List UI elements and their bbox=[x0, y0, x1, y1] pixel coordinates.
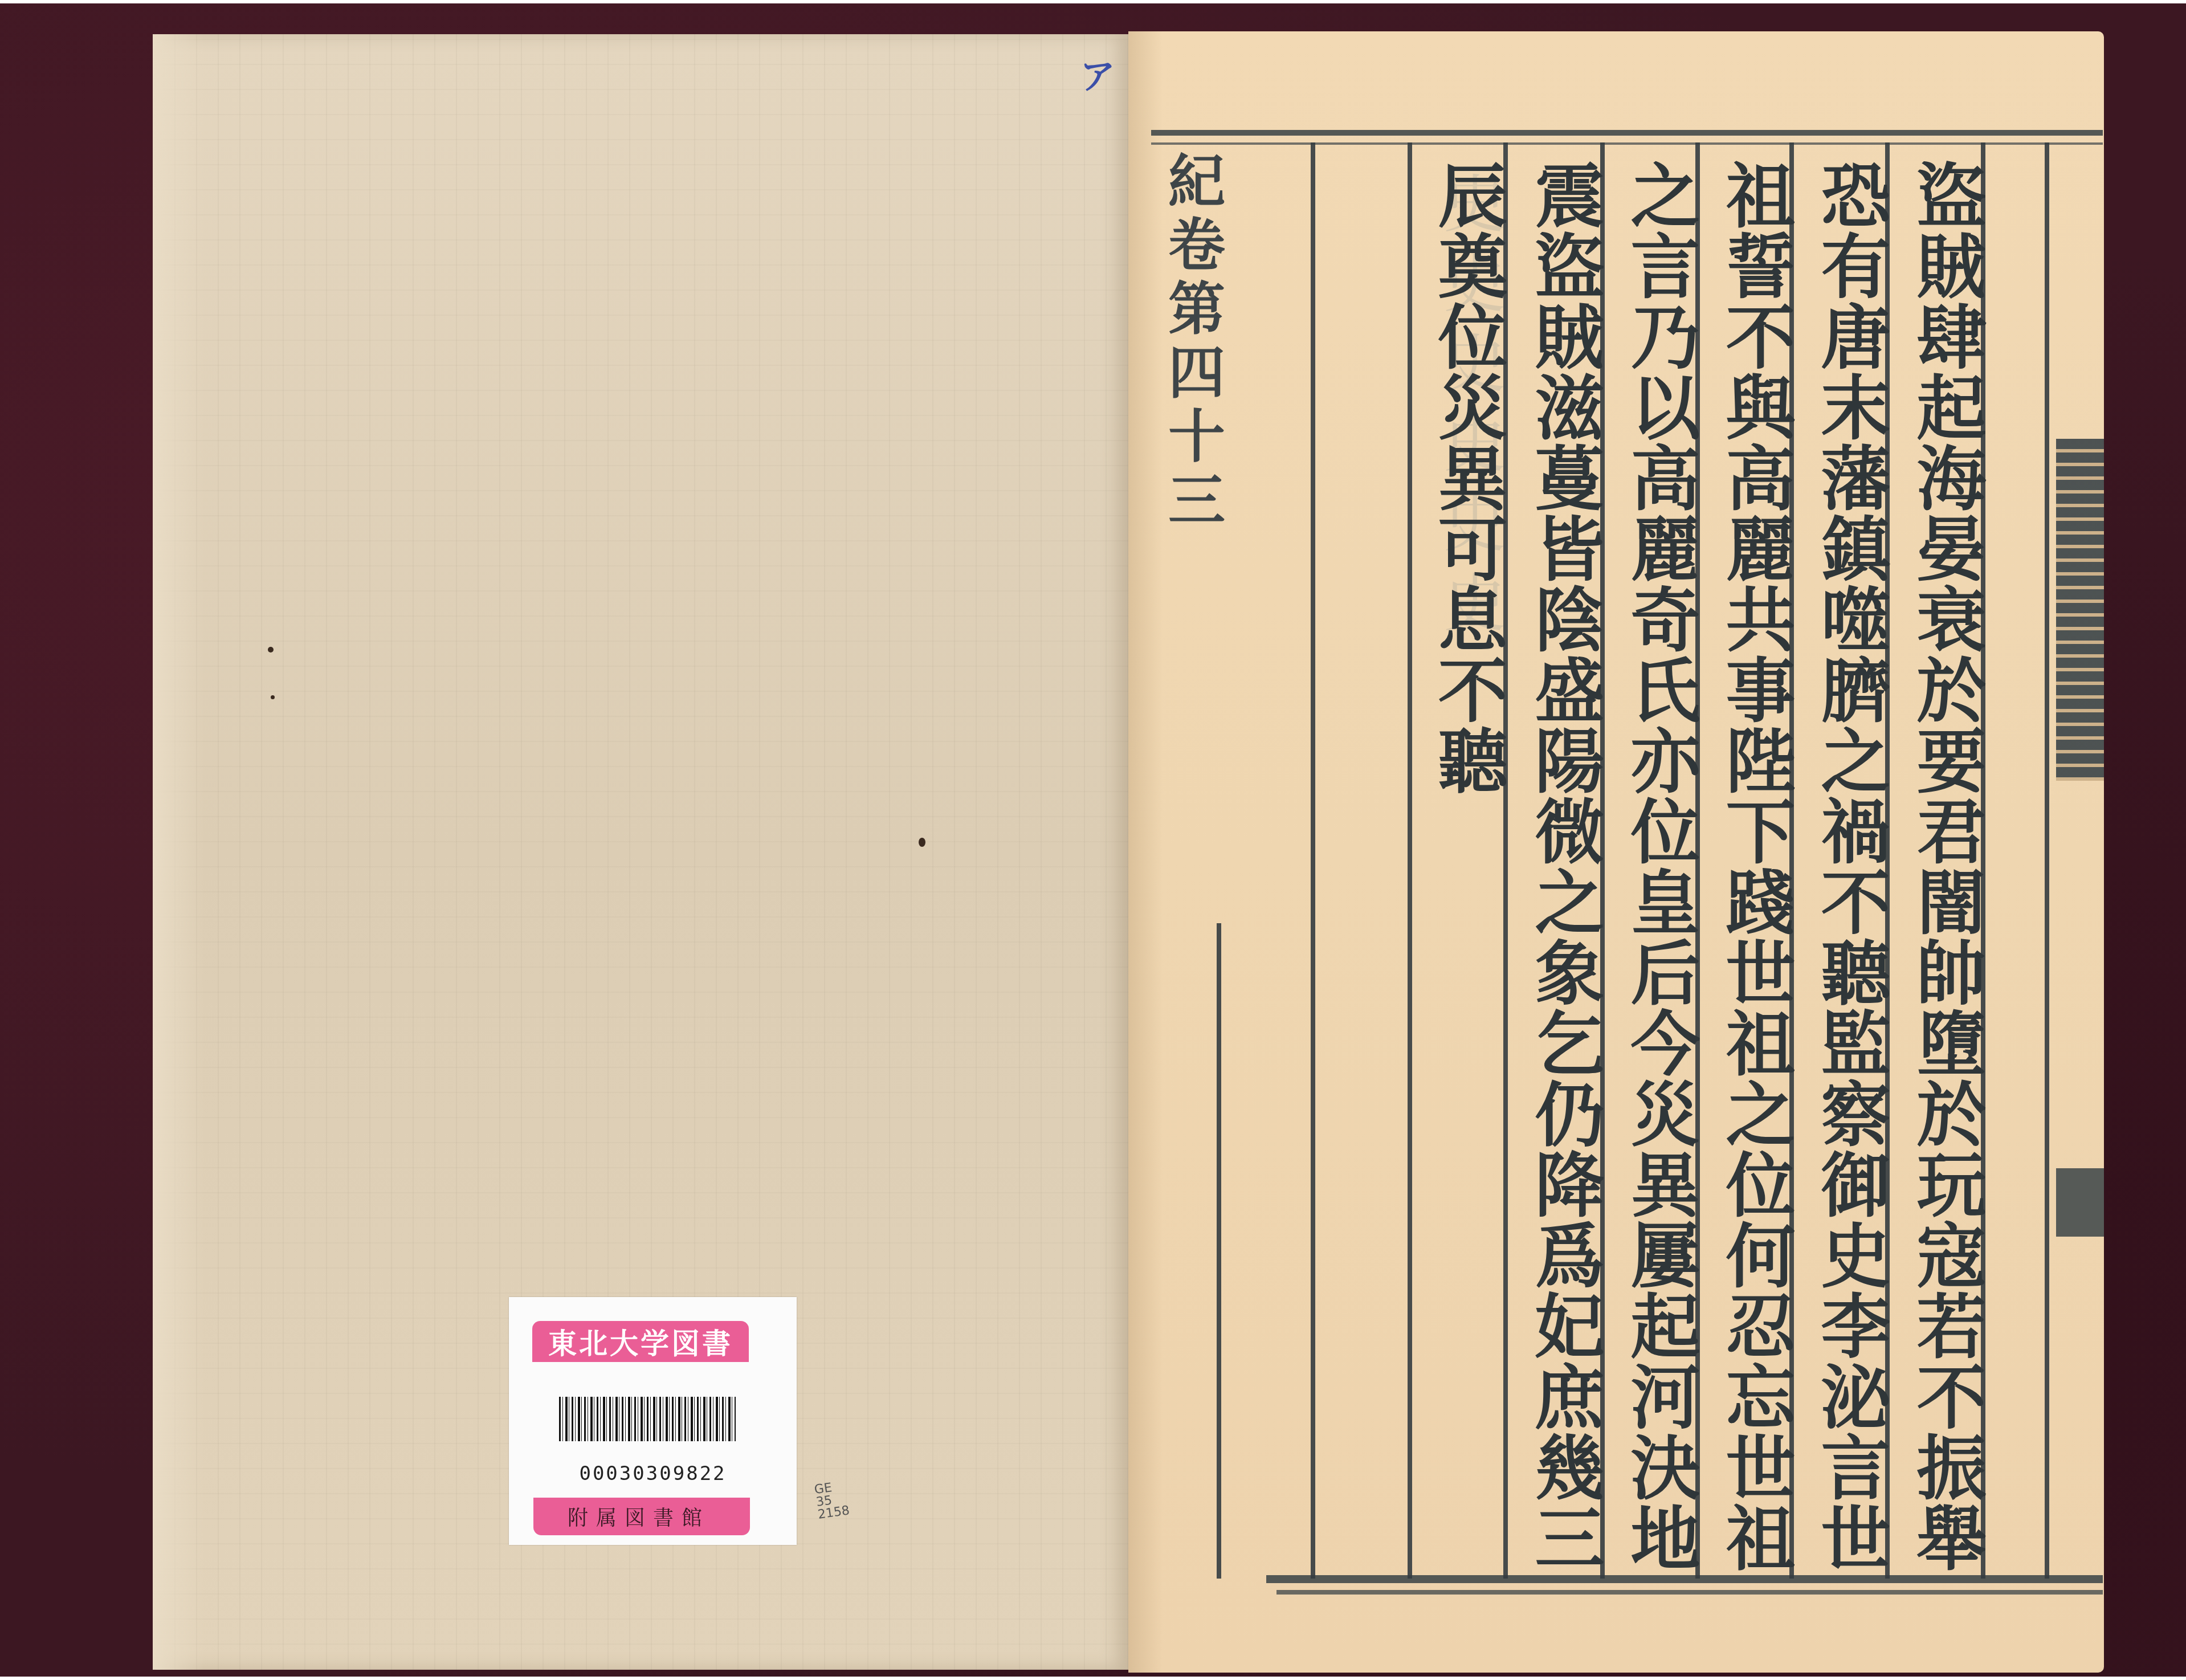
paper-speck bbox=[271, 695, 275, 699]
paper-speck bbox=[919, 838, 925, 847]
column-rule bbox=[1311, 142, 1315, 1579]
library-barcode-label: 東北大学図書 00030309822 附属図書館 bbox=[509, 1297, 797, 1545]
text-column-2: 恐有唐末藩鎮噬臍之禍不聽監察御史李泌言世 bbox=[1808, 160, 1893, 1573]
print-frame-top bbox=[1151, 130, 2103, 136]
barcode-icon bbox=[559, 1397, 736, 1441]
fold-center-fishtail bbox=[2056, 1168, 2104, 1237]
column-rule bbox=[1408, 142, 1412, 1579]
volume-title: 紀卷第四十三 bbox=[1151, 151, 1233, 534]
text-column-1: 盜賊肆起海晏衰於要君闇帥墮於玩寇若不振舉 bbox=[1903, 160, 1989, 1573]
scan-border-top bbox=[0, 0, 2186, 3]
label-footer: 附属図書館 bbox=[533, 1498, 750, 1535]
scan-border-bottom bbox=[0, 1677, 2186, 1680]
page-edge bbox=[153, 34, 204, 1670]
text-column-3: 祖誓不與高麗共事陛下踐世祖之位何忍忘世祖 bbox=[1712, 160, 1798, 1573]
shelfmark-note: GE 35 2158 bbox=[814, 1479, 853, 1522]
print-frame-top-inner bbox=[1151, 142, 2103, 145]
text-column-5: 震盜賊滋蔓皆陰盛陽微之象乞仍降爲妃庶幾三 bbox=[1522, 160, 1607, 1573]
paper-speck bbox=[268, 647, 274, 653]
barcode-number: 00030309822 bbox=[509, 1462, 797, 1485]
fold-center-title-block bbox=[2056, 439, 2104, 781]
text-column-4: 之言乃以高麗奇氏亦位皇后今災異屢起河決地 bbox=[1617, 160, 1703, 1573]
column-rule bbox=[2045, 142, 2049, 1579]
text-column-6: 辰奠位災異可息不聽 bbox=[1425, 160, 1510, 796]
label-header: 東北大学図書 bbox=[532, 1321, 749, 1362]
print-frame-bottom bbox=[1266, 1575, 2103, 1583]
print-frame-bottom-inner bbox=[1276, 1590, 2103, 1595]
handwritten-mark: ア bbox=[1080, 48, 1115, 99]
column-rule bbox=[1217, 923, 1221, 1579]
